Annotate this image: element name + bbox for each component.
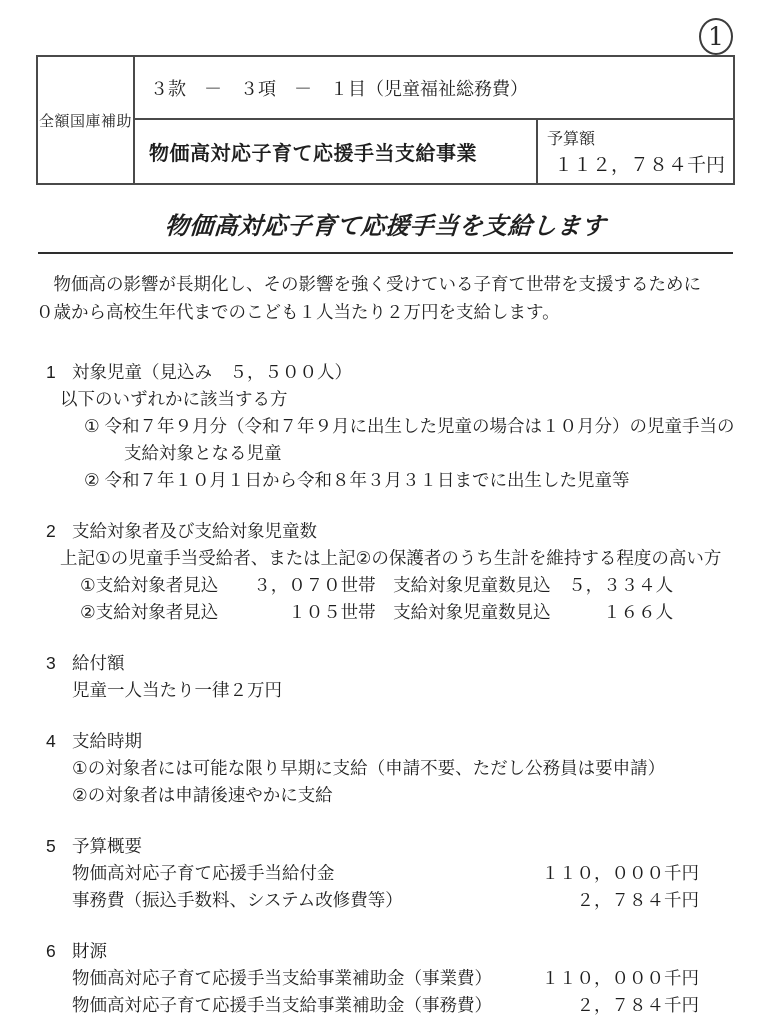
headline-rule [38, 252, 733, 254]
section-number: 3 [46, 650, 72, 677]
section-heading: 3 給付額 [36, 650, 735, 677]
header-table: 全額国庫補助 ３款 － ３項 － １目（児童福祉総務費） 物価高対応子育て応援手… [36, 55, 735, 185]
section-heading: 6 財源 [36, 938, 735, 965]
budget-item-amount: １１０，０００千円 [542, 860, 700, 887]
section-line: ②の対象者は申請後速やかに支給 [72, 782, 735, 809]
section-line: ①支給対象者見込 ３，０７０世帯 支給対象児童数見込 ５，３３４人 [80, 572, 735, 599]
intro-paragraph: 物価高の影響が長期化し、その影響を強く受けている子育て世帯を支援するために ０歳… [36, 270, 735, 326]
section-heading: 1 対象児童（見込み ５，５００人） [36, 359, 735, 386]
budget-item-label: 事務費（振込手数料、システム改修費等） [72, 887, 403, 914]
section-heading: 5 予算概要 [36, 833, 735, 860]
section-heading: 4 支給時期 [36, 728, 735, 755]
section-title: 予算概要 [72, 833, 142, 860]
section-line: ② 令和７年１０月１日から令和８年３月３１日までに出生した児童等 [84, 467, 735, 494]
section-target-children: 1 対象児童（見込み ５，５００人） 以下のいずれかに該当する方 ① 令和７年９… [36, 359, 735, 494]
section-heading: 2 支給対象者及び支給対象児童数 [36, 518, 735, 545]
section-line: ②支給対象者見込 １０５世帯 支給対象児童数見込 １６６人 [80, 599, 735, 626]
budget-label: 予算額 [547, 126, 727, 149]
section-payment-timing: 4 支給時期 ①の対象者には可能な限り早期に支給（申請不要、ただし公務員は要申請… [36, 728, 735, 809]
funding-item-amount: １１０，０００千円 [542, 965, 700, 992]
funding-item-label: 物価高対応子育て応援手当支給事業補助金（事務費） [72, 992, 492, 1019]
budget-amount-cell: 予算額 １１２，７８４千円 [536, 120, 733, 183]
section-recipients: 2 支給対象者及び支給対象児童数 上記①の児童手当受給者、または上記②の保護者の… [36, 518, 735, 626]
budget-line-item: 事務費（振込手数料、システム改修費等） ２，７８４千円 [72, 887, 735, 914]
project-title-cell: 物価高対応子育て応援手当支給事業 [135, 120, 536, 183]
section-number: 2 [46, 518, 72, 545]
intro-line-1: 物価高の影響が長期化し、その影響を強く受けている子育て世帯を支援するために [36, 274, 701, 294]
section-budget-summary: 5 予算概要 物価高対応子育て応援手当給付金 １１０，０００千円 事務費（振込手… [36, 833, 735, 914]
section-number: 5 [46, 833, 72, 860]
funding-item-amount: ２，７８４千円 [577, 992, 700, 1019]
section-number: 4 [46, 728, 72, 755]
subsidy-type-label: 全額国庫補助 [39, 110, 132, 131]
section-line: ① 令和７年９月分（令和７年９月に出生した児童の場合は１０月分）の児童手当の [84, 413, 735, 440]
section-title: 給付額 [72, 650, 125, 677]
intro-line-2: ０歳から高校生年代までのこども１人当たり２万円を支給します。 [36, 302, 560, 322]
section-title: 対象児童（見込み ５，５００人） [72, 359, 352, 386]
section-line: 上記①の児童手当受給者、または上記②の保護者のうち生計を維持する程度の高い方 [60, 545, 735, 572]
funding-line-item: 物価高対応子育て応援手当支給事業補助金（事務費） ２，７８４千円 [72, 992, 735, 1019]
section-title: 支給時期 [72, 728, 142, 755]
document-headline: 物価高対応子育て応援手当を支給します [35, 206, 736, 241]
budget-item-label: 物価高対応子育て応援手当給付金 [72, 860, 335, 887]
project-title: 物価高対応子育て応援手当支給事業 [149, 137, 477, 166]
section-line: ①の対象者には可能な限り早期に支給（申請不要、ただし公務員は要申請） [72, 755, 735, 782]
page-number-badge: 1 [699, 18, 733, 55]
section-funding-source: 6 財源 物価高対応子育て応援手当支給事業補助金（事業費） １１０，０００千円 … [36, 938, 735, 1019]
section-title: 支給対象者及び支給対象児童数 [72, 518, 317, 545]
funding-item-label: 物価高対応子育て応援手当支給事業補助金（事業費） [72, 965, 492, 992]
funding-line-item: 物価高対応子育て応援手当支給事業補助金（事業費） １１０，０００千円 [72, 965, 735, 992]
section-line: 以下のいずれかに該当する方 [60, 386, 735, 413]
section-benefit-amount: 3 給付額 児童一人当たり一律２万円 [36, 650, 735, 704]
subsidy-type-cell: 全額国庫補助 [38, 57, 135, 183]
section-title: 財源 [72, 938, 107, 965]
section-line: 支給対象となる児童 [124, 440, 735, 467]
section-number: 6 [46, 938, 72, 965]
budget-classification-cell: ３款 － ３項 － １目（児童福祉総務費） [135, 57, 733, 120]
section-line: 児童一人当たり一律２万円 [72, 677, 735, 704]
budget-line-item: 物価高対応子育て応援手当給付金 １１０，０００千円 [72, 860, 735, 887]
document-page: 全額国庫補助 ３款 － ３項 － １目（児童福祉総務費） 物価高対応子育て応援手… [0, 55, 771, 1019]
budget-classification: ３款 － ３項 － １目（児童福祉総務費） [150, 75, 528, 101]
section-number: 1 [46, 359, 72, 386]
budget-item-amount: ２，７８４千円 [577, 887, 700, 914]
page-number: 1 [708, 22, 724, 51]
budget-amount: １１２，７８４千円 [547, 150, 727, 177]
